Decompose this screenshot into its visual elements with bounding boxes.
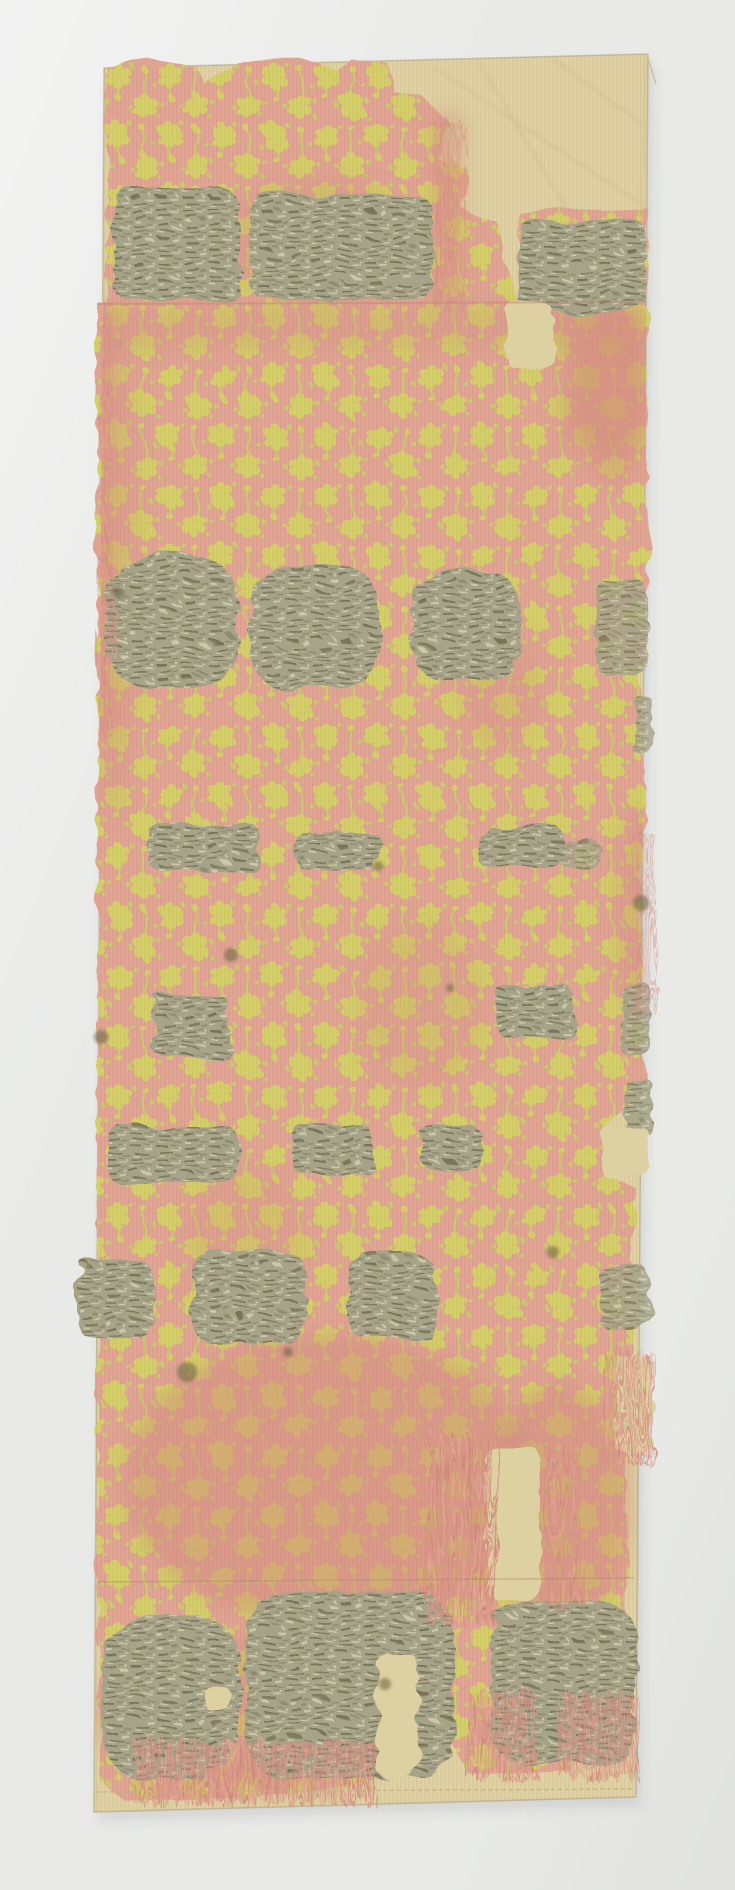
stain-spot bbox=[379, 1678, 391, 1690]
fringe-patch bbox=[94, 308, 110, 728]
metallic-band bbox=[478, 826, 564, 868]
stain-spot bbox=[633, 895, 649, 911]
stain-spot bbox=[224, 948, 238, 962]
metallic-band bbox=[410, 572, 522, 680]
metallic-band bbox=[596, 578, 648, 678]
metallic-band bbox=[520, 220, 646, 312]
fringe-patch bbox=[630, 828, 650, 1008]
metallic-band bbox=[192, 1252, 306, 1342]
fringe-patch bbox=[462, 1688, 532, 1774]
metallic-band bbox=[112, 190, 240, 300]
metallic-band bbox=[148, 824, 260, 870]
fringe-patch bbox=[598, 1346, 648, 1458]
metallic-band bbox=[152, 994, 230, 1058]
metallic-band bbox=[422, 1124, 480, 1170]
metallic-fleck bbox=[560, 840, 600, 868]
stain-spot bbox=[112, 586, 124, 598]
metallic-band bbox=[292, 1126, 374, 1174]
stain-spot bbox=[547, 1246, 559, 1258]
metallic-band bbox=[296, 830, 380, 870]
photograph-of-textile-fragment bbox=[0, 0, 735, 1890]
metallic-band bbox=[348, 1256, 436, 1338]
fringe-patch bbox=[128, 1736, 368, 1798]
metallic-band bbox=[76, 1260, 154, 1338]
fringe-patch bbox=[556, 1688, 632, 1774]
loss-patch bbox=[508, 304, 554, 370]
stain-spot bbox=[446, 984, 454, 992]
stain-spot bbox=[94, 1030, 108, 1044]
metallic-fleck bbox=[636, 696, 652, 758]
stain-spot bbox=[177, 1362, 197, 1382]
loss-patch bbox=[206, 1684, 228, 1712]
loss-patch bbox=[602, 1126, 648, 1178]
stain-spot bbox=[283, 1347, 293, 1357]
metallic-band bbox=[600, 1266, 650, 1330]
fringe-patch bbox=[430, 118, 458, 303]
photo-canvas bbox=[0, 0, 735, 1890]
metallic-band bbox=[108, 1126, 238, 1184]
stain-spot bbox=[373, 861, 383, 871]
loss-patch bbox=[486, 1446, 540, 1600]
loss-patch bbox=[378, 1654, 418, 1778]
fringe-patch bbox=[420, 1428, 490, 1618]
textile-object bbox=[76, 54, 664, 1821]
metallic-band bbox=[496, 986, 576, 1038]
metallic-band bbox=[106, 556, 238, 688]
metallic-band bbox=[250, 566, 380, 690]
metallic-band bbox=[250, 194, 432, 300]
